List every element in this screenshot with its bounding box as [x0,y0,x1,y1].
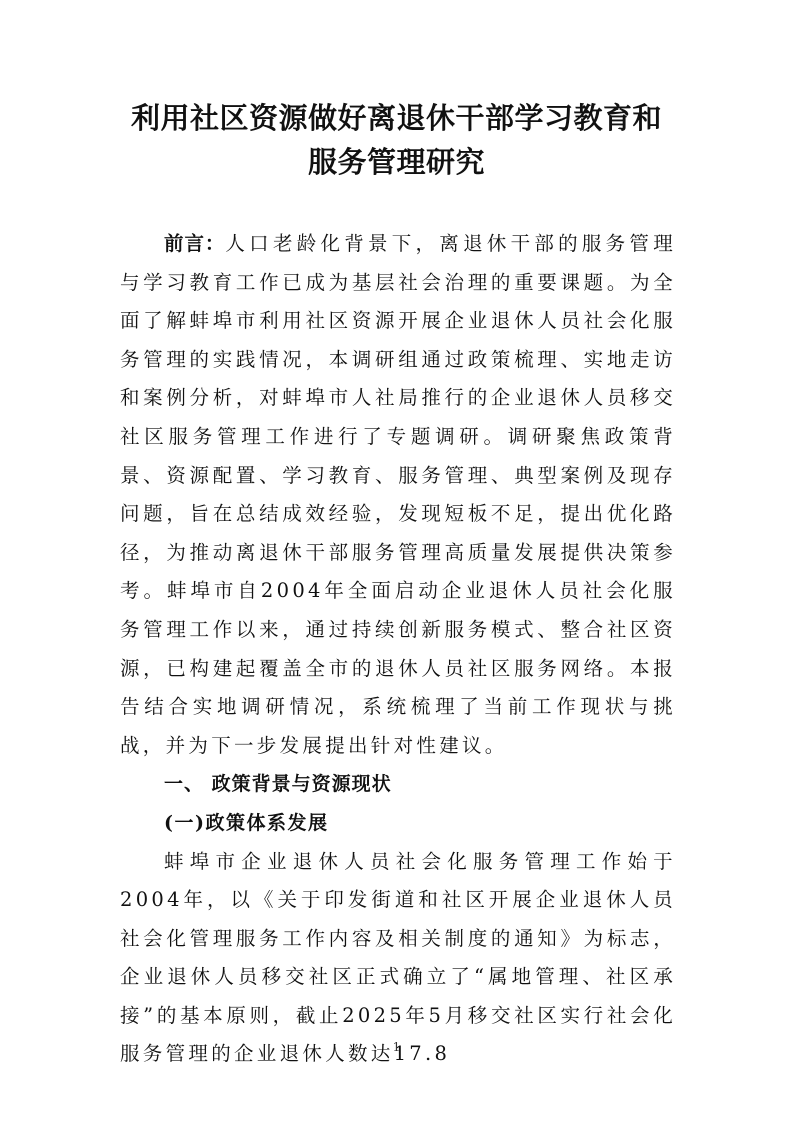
preface-paragraph: 前言：人口老龄化背景下，离退休干部的服务管理与学习教育工作已成为基层社会治理的重… [120,225,676,765]
document-body: 前言：人口老龄化背景下，离退休干部的服务管理与学习教育工作已成为基层社会治理的重… [120,225,676,1074]
title-line-1: 利用社区资源做好离退休干部学习教育和 [100,96,693,140]
preface-label: 前言： [164,232,225,255]
page-number: 1 [0,1040,793,1054]
section-heading: 一、 政策背景与资源现状 [120,765,676,804]
subsection-heading: (一)政策体系发展 [120,804,676,843]
title-line-2: 服务管理研究 [100,140,693,184]
preface-text: 人口老龄化背景下，离退休干部的服务管理与学习教育工作已成为基层社会治理的重要课题… [120,232,676,757]
document-page: 利用社区资源做好离退休干部学习教育和 服务管理研究 前言：人口老龄化背景下，离退… [0,0,793,1122]
document-title: 利用社区资源做好离退休干部学习教育和 服务管理研究 [100,96,693,184]
